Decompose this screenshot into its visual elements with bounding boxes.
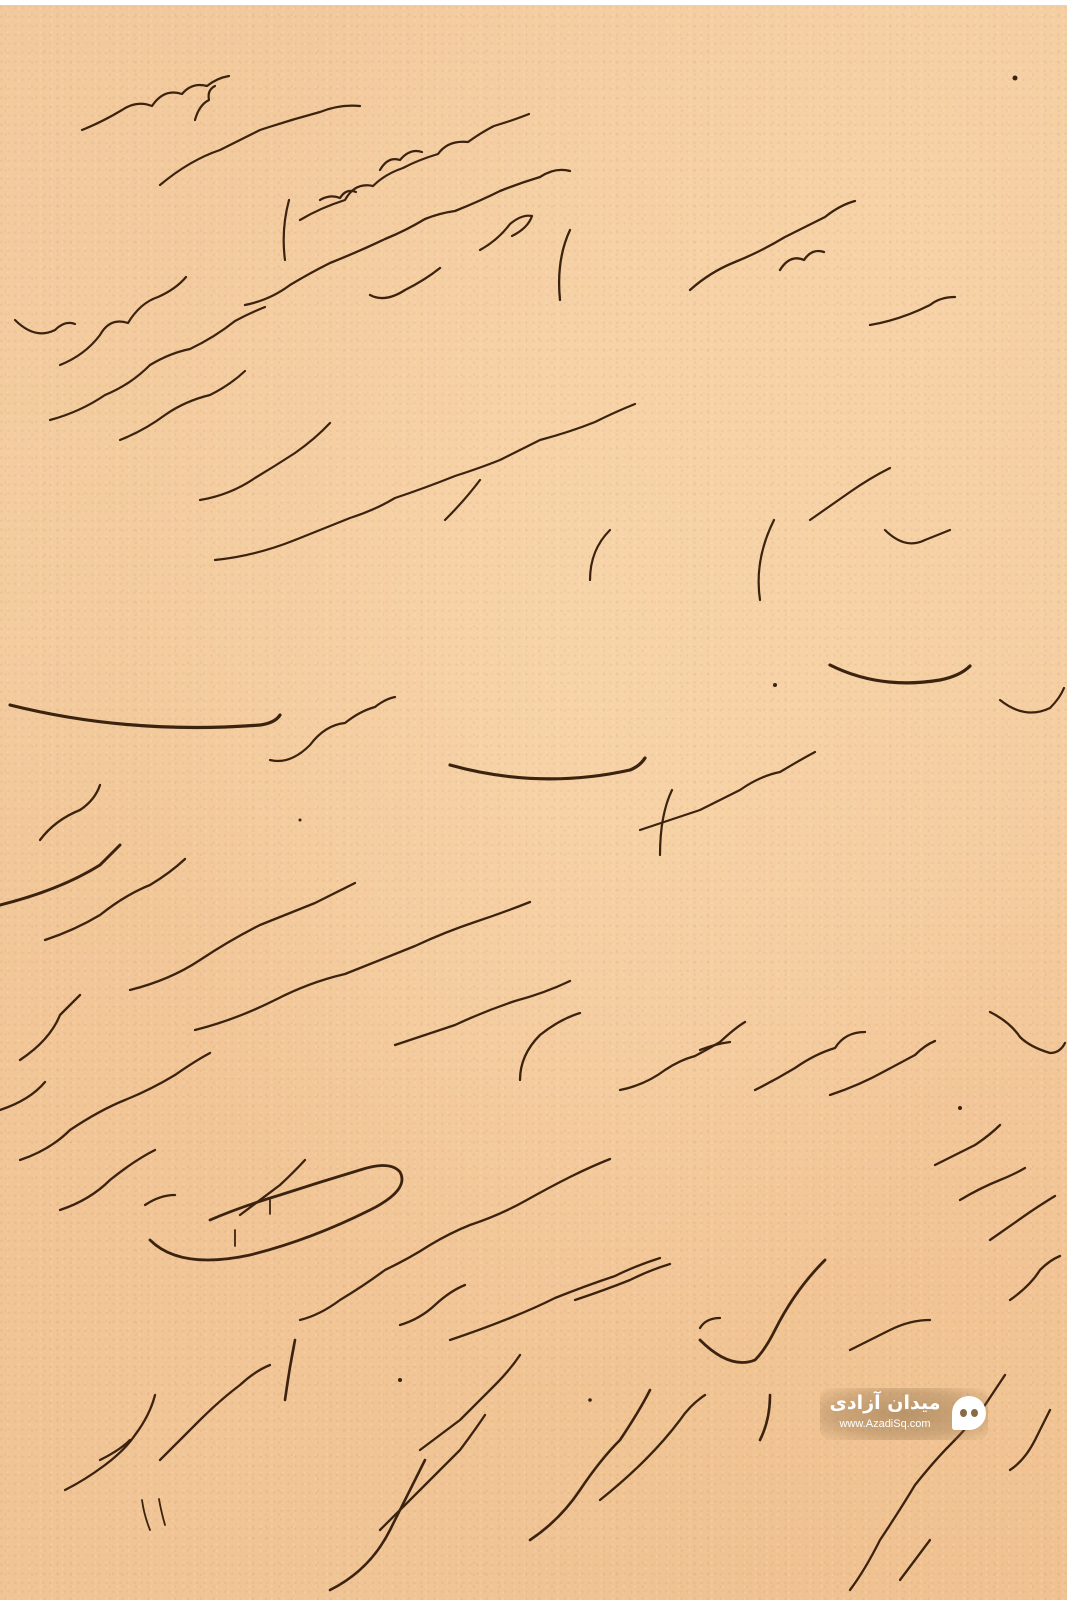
calligraphy-block-4 [0, 785, 1065, 1095]
calligraphy-block-6 [65, 1340, 1050, 1590]
watermark: میدان آزادی www.AzadiSq.com [820, 1388, 988, 1440]
calligraphy-block-5 [0, 995, 1060, 1363]
calligraphy-block-1b [245, 170, 955, 325]
watermark-brand: میدان آزادی [826, 1392, 944, 1414]
calligraphy-ink [0, 0, 1067, 1600]
calligraphy-block-1 [82, 76, 532, 260]
calligraphy-block-2 [15, 277, 950, 600]
ink-dots [299, 76, 1018, 1402]
chat-bubble-icon [952, 1396, 986, 1430]
watermark-url: www.AzadiSq.com [822, 1418, 948, 1430]
calligraphy-block-3 [10, 665, 1064, 855]
